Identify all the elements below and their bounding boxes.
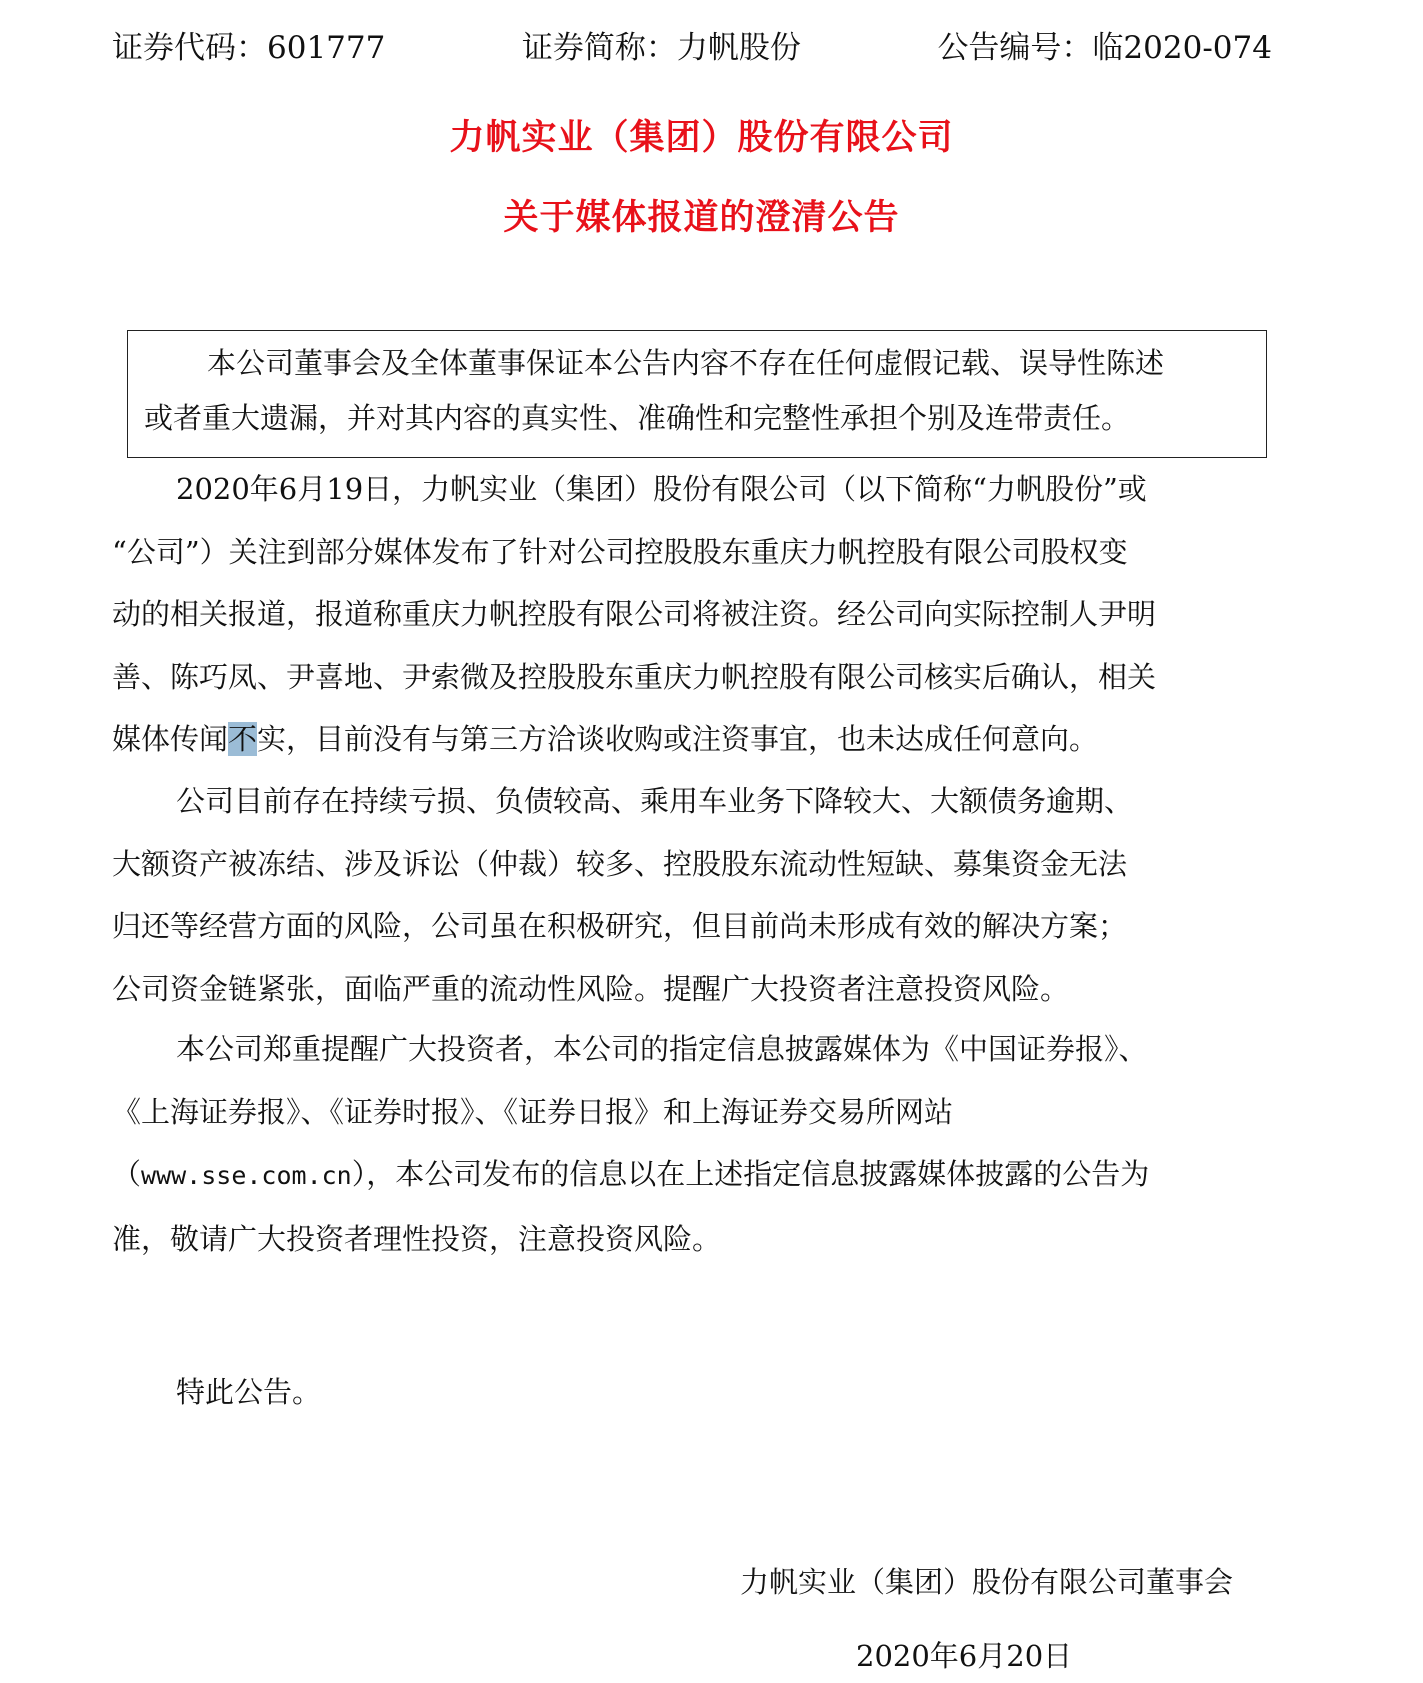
closing-remark: 特此公告。 <box>176 1370 321 1411</box>
notice-line-2: 或者重大遗漏，并对其内容的真实性、准确性和完整性承担个别及连带责任。 <box>144 391 1266 446</box>
stock-abbreviation: 证券简称：力帆股份 <box>522 22 801 67</box>
paragraph-risk-warning: 公司目前存在持续亏损、负债较高、乘用车业务下降较大、大额债务逾期、 大额资产被冻… <box>112 770 1272 1020</box>
board-signature: 力帆实业（集团）股份有限公司董事会 <box>740 1560 1233 1601</box>
sse-website-link[interactable]: www.sse.com.cn <box>141 1161 352 1190</box>
text-line: 公司资金链紧张，面临严重的流动性风险。提醒广大投资者注意投资风险。 <box>112 958 1272 1021</box>
text-line: 大额资产被冻结、涉及诉讼（仲裁）较多、控股股东流动性短缺、募集资金无法 <box>112 833 1272 896</box>
text-line: “公司”）关注到部分媒体发布了针对公司控股股东重庆力帆控股有限公司股权变 <box>112 521 1272 584</box>
announcement-title: 关于媒体报道的澄清公告 <box>0 190 1413 240</box>
paragraph-disclosure-media: 本公司郑重提醒广大投资者，本公司的指定信息披露媒体为《中国证券报》、 《上海证券… <box>112 1018 1272 1270</box>
document-header: 证券代码：601777 证券简称：力帆股份 公告编号：临2020-074 <box>112 22 1272 67</box>
text-segment: 实，目前没有与第三方洽谈收购或注资事宜，也未达成任何意向。 <box>257 722 1098 756</box>
text-selection-highlight[interactable]: 不 <box>228 722 257 756</box>
text-line: （www.sse.com.cn），本公司发布的信息以在上述指定信息披露媒体披露的… <box>112 1143 1272 1208</box>
board-guarantee-notice: 本公司董事会及全体董事保证本公告内容不存在任何虚假记载、误导性陈述 或者重大遗漏… <box>127 330 1267 458</box>
text-line: 动的相关报道，报道称重庆力帆控股有限公司将被注资。经公司向实际控制人尹明 <box>112 583 1272 646</box>
notice-line-1: 本公司董事会及全体董事保证本公告内容不存在任何虚假记载、误导性陈述 <box>144 336 1266 391</box>
announcement-date: 2020年6月20日 <box>856 1634 1072 1675</box>
text-segment: ），本公司发布的信息以在上述指定信息披露媒体披露的公告为 <box>352 1157 1150 1191</box>
text-line: 公司目前存在持续亏损、负债较高、乘用车业务下降较大、大额债务逾期、 <box>112 770 1272 833</box>
text-line: 归还等经营方面的风险，公司虽在积极研究，但目前尚未形成有效的解决方案； <box>112 895 1272 958</box>
text-line: 准，敬请广大投资者理性投资，注意投资风险。 <box>112 1208 1272 1271</box>
announcement-number: 公告编号：临2020-074 <box>937 22 1272 67</box>
company-title: 力帆实业（集团）股份有限公司 <box>0 110 1413 160</box>
text-segment: （ <box>112 1157 141 1191</box>
text-line: 善、陈巧凤、尹喜地、尹索微及控股股东重庆力帆控股有限公司核实后确认，相关 <box>112 646 1272 709</box>
text-line: 本公司郑重提醒广大投资者，本公司的指定信息披露媒体为《中国证券报》、 <box>112 1018 1272 1081</box>
text-segment: 媒体传闻 <box>112 722 228 756</box>
stock-code: 证券代码：601777 <box>112 22 385 67</box>
text-line: 媒体传闻不实，目前没有与第三方洽谈收购或注资事宜，也未达成任何意向。 <box>112 708 1272 771</box>
text-line: 《上海证券报》、《证券时报》、《证券日报》和上海证券交易所网站 <box>112 1081 1272 1144</box>
text-line: 2020年6月19日，力帆实业（集团）股份有限公司（以下简称“力帆股份”或 <box>112 458 1272 521</box>
paragraph-media-clarification: 2020年6月19日，力帆实业（集团）股份有限公司（以下简称“力帆股份”或 “公… <box>112 458 1272 771</box>
